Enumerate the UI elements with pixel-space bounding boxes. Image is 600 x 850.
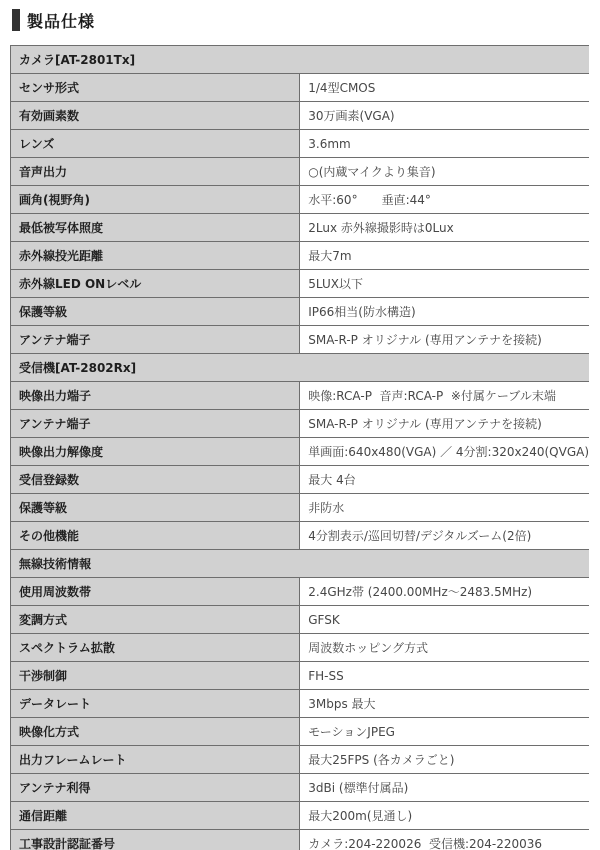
spec-label: 干渉制御 (11, 662, 300, 690)
spec-label: 使用周波数帯 (11, 578, 300, 606)
table-row: 赤外線LED ONレベル5LUX以下 (11, 270, 590, 298)
spec-value: 周波数ホッピング方式 (300, 634, 589, 662)
page-title: 製品仕様 (27, 9, 95, 32)
spec-value: 2.4GHz帯 (2400.00MHz〜2483.5MHz) (300, 578, 589, 606)
spec-value: 1/4型CMOS (300, 74, 589, 102)
table-row: 映像化方式モーションJPEG (11, 718, 590, 746)
spec-label: センサ形式 (11, 74, 300, 102)
spec-label: 工事設計認証番号 (11, 830, 300, 850)
table-row: 受信登録数最大 4台 (11, 466, 590, 494)
spec-label: 赤外線投光距離 (11, 242, 300, 270)
table-row: 使用周波数帯2.4GHz帯 (2400.00MHz〜2483.5MHz) (11, 578, 590, 606)
section-header: カメラ[AT-2801Tx] (11, 46, 590, 74)
spec-label: 受信登録数 (11, 466, 300, 494)
spec-label: 音声出力 (11, 158, 300, 186)
title-accent-bar (12, 9, 20, 31)
table-row: センサ形式1/4型CMOS (11, 74, 590, 102)
table-row: 干渉制御FH-SS (11, 662, 590, 690)
spec-label: 出力フレームレート (11, 746, 300, 774)
table-row: アンテナ端子SMA-R-P オリジナル (専用アンテナを接続) (11, 326, 590, 354)
spec-value: 3.6mm (300, 130, 589, 158)
spec-label: スペクトラム拡散 (11, 634, 300, 662)
section-header-row: 無線技術情報 (11, 550, 590, 578)
spec-label: データレート (11, 690, 300, 718)
spec-value: IP66相当(防水構造) (300, 298, 589, 326)
table-row: データレート3Mbps 最大 (11, 690, 590, 718)
spec-label: 映像化方式 (11, 718, 300, 746)
spec-value: 最大200m(見通し) (300, 802, 589, 830)
spec-value: 4分割表示/巡回切替/デジタルズーム(2倍) (300, 522, 589, 550)
spec-table: カメラ[AT-2801Tx]センサ形式1/4型CMOS有効画素数30万画素(VG… (10, 45, 589, 850)
table-row: 工事設計認証番号カメラ:204-220026 受信機:204-220036 (11, 830, 590, 850)
spec-value: 最大 4台 (300, 466, 589, 494)
spec-value: SMA-R-P オリジナル (専用アンテナを接続) (300, 410, 589, 438)
spec-label: アンテナ端子 (11, 410, 300, 438)
spec-label: 有効画素数 (11, 102, 300, 130)
table-row: 保護等級非防水 (11, 494, 590, 522)
spec-value: ○(内蔵マイクより集音) (300, 158, 589, 186)
spec-value: 2Lux 赤外線撮影時は0Lux (300, 214, 589, 242)
spec-value: 5LUX以下 (300, 270, 589, 298)
spec-value: 映像:RCA-P 音声:RCA-P ※付属ケーブル末端 (300, 382, 589, 410)
spec-label: アンテナ端子 (11, 326, 300, 354)
table-row: 映像出力端子映像:RCA-P 音声:RCA-P ※付属ケーブル末端 (11, 382, 590, 410)
table-row: 保護等級IP66相当(防水構造) (11, 298, 590, 326)
spec-value: 最大7m (300, 242, 589, 270)
section-header-row: 受信機[AT-2802Rx] (11, 354, 590, 382)
spec-value: 単画面:640x480(VGA) ／ 4分割:320x240(QVGA) (300, 438, 589, 466)
spec-value: 非防水 (300, 494, 589, 522)
spec-value: モーションJPEG (300, 718, 589, 746)
spec-value: 3Mbps 最大 (300, 690, 589, 718)
spec-value: FH-SS (300, 662, 589, 690)
table-row: 出力フレームレート最大25FPS (各カメラごと) (11, 746, 590, 774)
table-row: アンテナ利得3dBi (標準付属品) (11, 774, 590, 802)
spec-value: カメラ:204-220026 受信機:204-220036 (300, 830, 589, 850)
spec-value: 3dBi (標準付属品) (300, 774, 589, 802)
table-row: 音声出力○(内蔵マイクより集音) (11, 158, 590, 186)
spec-label: レンズ (11, 130, 300, 158)
spec-value: SMA-R-P オリジナル (専用アンテナを接続) (300, 326, 589, 354)
table-row: 最低被写体照度2Lux 赤外線撮影時は0Lux (11, 214, 590, 242)
spec-label: その他機能 (11, 522, 300, 550)
table-row: 映像出力解像度単画面:640x480(VGA) ／ 4分割:320x240(QV… (11, 438, 590, 466)
spec-label: 通信距離 (11, 802, 300, 830)
spec-label: 映像出力端子 (11, 382, 300, 410)
section-header-row: カメラ[AT-2801Tx] (11, 46, 590, 74)
spec-value: 30万画素(VGA) (300, 102, 589, 130)
spec-value: 水平:60° 垂直:44° (300, 186, 589, 214)
table-row: 変調方式GFSK (11, 606, 590, 634)
table-row: レンズ3.6mm (11, 130, 590, 158)
table-row: その他機能4分割表示/巡回切替/デジタルズーム(2倍) (11, 522, 590, 550)
section-header: 受信機[AT-2802Rx] (11, 354, 590, 382)
spec-label: 保護等級 (11, 494, 300, 522)
table-row: 有効画素数30万画素(VGA) (11, 102, 590, 130)
spec-value: GFSK (300, 606, 589, 634)
spec-label: 保護等級 (11, 298, 300, 326)
spec-label: アンテナ利得 (11, 774, 300, 802)
table-row: 画角(視野角)水平:60° 垂直:44° (11, 186, 590, 214)
page-title-block: 製品仕様 (12, 8, 600, 32)
spec-label: 変調方式 (11, 606, 300, 634)
spec-label: 赤外線LED ONレベル (11, 270, 300, 298)
table-row: アンテナ端子SMA-R-P オリジナル (専用アンテナを接続) (11, 410, 590, 438)
spec-value: 最大25FPS (各カメラごと) (300, 746, 589, 774)
spec-label: 映像出力解像度 (11, 438, 300, 466)
table-row: 赤外線投光距離最大7m (11, 242, 590, 270)
table-row: 通信距離最大200m(見通し) (11, 802, 590, 830)
spec-label: 最低被写体照度 (11, 214, 300, 242)
table-row: スペクトラム拡散周波数ホッピング方式 (11, 634, 590, 662)
section-header: 無線技術情報 (11, 550, 590, 578)
spec-label: 画角(視野角) (11, 186, 300, 214)
